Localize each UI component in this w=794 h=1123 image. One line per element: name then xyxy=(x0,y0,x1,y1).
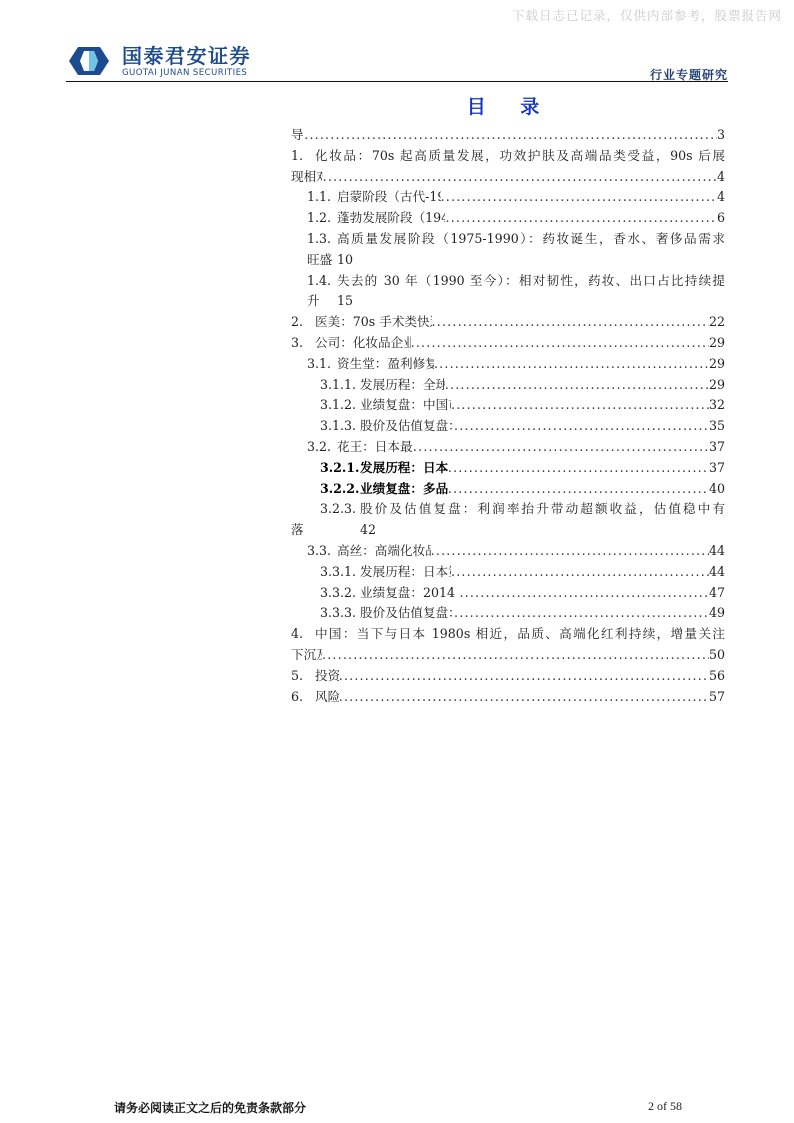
toc-entry-number: 4. xyxy=(291,624,315,645)
toc-entry-page: 35 xyxy=(709,416,725,437)
toc-entry[interactable]: 5. 投资建议 56 xyxy=(291,666,725,687)
toc-entry-page: 44 xyxy=(709,562,725,583)
toc-entry-number: 3. xyxy=(291,333,315,354)
toc-entry-number: 3.2.3. xyxy=(320,499,360,520)
toc-entry-page: 32 xyxy=(709,395,725,416)
toc-leader-dots xyxy=(411,333,709,354)
table-of-contents: 导读 3 1. 化妆品：70s 起高质量发展，功效护肤及高端品类受益，90s 后… xyxy=(291,125,725,707)
toc-entry[interactable]: 1.3. 高质量发展阶段（1975-1990）：药妆诞生，香水、奢侈品需求 xyxy=(291,229,725,250)
toc-entry[interactable]: 1.2. 蓬勃发展阶段（1945-1975）：护肤彩妆随经济同步腾飞 6 xyxy=(291,208,725,229)
toc-entry-text-cont: 落 xyxy=(291,520,360,541)
toc-entry-page: 49 xyxy=(709,603,725,624)
toc-leader-dots xyxy=(451,562,709,583)
toc-entry-number: 1.3. xyxy=(307,229,337,250)
toc-entry-page: 29 xyxy=(709,375,725,396)
toc-entry[interactable]: 3.2.3. 股价及估值复盘：利润率抬升带动超额收益，估值稳中有 xyxy=(291,499,725,520)
toc-entry-text-cont: 升 xyxy=(307,291,337,312)
toc-entry-text: 中国：当下与日本 1980s 相近，品质、高端化红利持续，增量关注 xyxy=(315,624,725,645)
toc-entry-number: 3.3.3. xyxy=(320,603,360,624)
toc-entry-page: 29 xyxy=(709,354,725,375)
toc-entry-number: 1.2. xyxy=(307,208,337,229)
toc-entry-number: 3.1. xyxy=(307,354,337,375)
toc-entry[interactable]: 1.4. 失去的 30 年（1990 至今）：相对韧性，药妆、出口占比持续提 xyxy=(291,271,725,292)
toc-entry[interactable]: 6. 风险提示 57 xyxy=(291,687,725,708)
toc-entry-text: 业绩复盘：2014 起高档化妆品驱动增长，盈利同步优化 xyxy=(360,583,459,604)
toc-entry[interactable]: 3.3.2. 业绩复盘：2014 起高档化妆品驱动增长，盈利同步优化 47 xyxy=(291,583,725,604)
toc-entry[interactable]: 1.1. 启蒙阶段（古代-1945）：西式化妆品普及与战时归零 4 xyxy=(291,187,725,208)
toc-entry-text-cont: 旺盛 xyxy=(307,250,337,271)
toc-entry-page: 10 xyxy=(337,250,353,271)
toc-entry-continuation[interactable]: 升 15 xyxy=(291,291,725,312)
logo-chinese-name: 国泰君安证券 xyxy=(122,45,251,67)
toc-leader-dots xyxy=(441,187,717,208)
toc-entry-page: 37 xyxy=(709,458,725,479)
toc-entry-page: 4 xyxy=(717,187,725,208)
toc-entry[interactable]: 3.3. 高丝：高端化妆品驱动，业绩及市场表现均亮眼 44 xyxy=(291,541,725,562)
toc-entry-text: 股价及估值复盘：利润率抬升带动超额收益，估值稳中有 xyxy=(360,499,725,520)
toc-entry[interactable]: 3.1. 资生堂：盈利修复中的化妆品龙头，估值溢价明显 29 xyxy=(291,354,725,375)
toc-leader-dots xyxy=(445,208,717,229)
toc-entry[interactable]: 1. 化妆品：70s 起高质量发展，功效护肤及高端品类受益，90s 后展 xyxy=(291,146,725,167)
toc-entry-continuation[interactable]: 下沉及出海 50 xyxy=(291,645,725,666)
toc-entry-page: 4 xyxy=(717,167,725,188)
toc-entry-text: 失去的 30 年（1990 至今）：相对韧性，药妆、出口占比持续提 xyxy=(337,271,725,292)
toc-leader-dots xyxy=(323,167,717,188)
toc-entry-page: 6 xyxy=(717,208,725,229)
logo-emblem-icon xyxy=(68,46,110,76)
toc-entry-number: 1.4. xyxy=(307,271,337,292)
toc-entry[interactable]: 3.2. 花王：日本最大日化集团，经营稳健 37 xyxy=(291,437,725,458)
toc-entry-text: 股价及估值复盘：改革驱动戴维斯双击，存估值溢价 xyxy=(360,416,454,437)
toc-leader-dots xyxy=(339,666,709,687)
toc-entry-number: 3.1.1. xyxy=(320,375,360,396)
disclaimer-note: 请务必阅读正文之后的免责条款部分 xyxy=(114,1099,306,1116)
toc-entry-text-cont: 下沉及出海 xyxy=(291,645,322,666)
toc-leader-dots xyxy=(459,583,709,604)
toc-leader-dots xyxy=(445,375,709,396)
toc-entry-text: 医美：70s 手术类快速发展，90s 技术驱动轻医美大受欢迎 xyxy=(315,312,432,333)
toc-entry-text: 蓬勃发展阶段（1945-1975）：护肤彩妆随经济同步腾飞 xyxy=(337,208,445,229)
toc-entry[interactable]: 3.3.1. 发展历程：日本第三大化妆品集团，高端品牌强势 44 xyxy=(291,562,725,583)
toc-leader-dots xyxy=(339,687,709,708)
toc-entry-text: 导读 xyxy=(291,125,304,146)
company-logo: 国泰君安证券 GUOTAI JUNAN SECURITIES xyxy=(68,44,251,78)
toc-entry[interactable]: 3.1.2. 业绩复盘：中国市场驱动增长，盈利能力有待优化 32 xyxy=(291,395,725,416)
toc-entry-page: 42 xyxy=(360,520,376,541)
toc-entry-page: 47 xyxy=(709,583,725,604)
toc-entry-text: 业绩复盘：多品类营收稳健增长，盈利能力较强 xyxy=(360,479,448,500)
toc-entry[interactable]: 3.2.1. 发展历程：日本本土最大日化集团，多品类覆盖 37 xyxy=(291,458,725,479)
toc-leader-dots xyxy=(431,541,709,562)
toc-leader-dots xyxy=(434,354,709,375)
toc-entry-text: 股价及估值复盘：业绩驱动超额收益，估值中枢抬升 xyxy=(360,603,454,624)
toc-entry-number: 1.1. xyxy=(307,187,337,208)
toc-entry-page: 56 xyxy=(709,666,725,687)
toc-leader-dots xyxy=(448,479,709,500)
toc-entry-text: 资生堂：盈利修复中的化妆品龙头，估值溢价明显 xyxy=(337,354,434,375)
toc-leader-dots xyxy=(413,437,709,458)
toc-entry-number: 5. xyxy=(291,666,315,687)
toc-entry-text: 投资建议 xyxy=(315,666,339,687)
toc-entry-number: 1. xyxy=(291,146,315,167)
toc-entry-page: 3 xyxy=(717,125,725,146)
toc-entry-page: 40 xyxy=(709,479,725,500)
toc-entry-page: 57 xyxy=(709,687,725,708)
toc-entry-text: 业绩复盘：中国市场驱动增长，盈利能力有待优化 xyxy=(360,395,451,416)
toc-leader-dots xyxy=(451,395,709,416)
toc-leader-dots xyxy=(454,416,709,437)
toc-entry[interactable]: 2. 医美：70s 手术类快速发展，90s 技术驱动轻医美大受欢迎 22 xyxy=(291,312,725,333)
toc-entry-number: 3.1.2. xyxy=(320,395,360,416)
toc-entry-text: 高丝：高端化妆品驱动，业绩及市场表现均亮眼 xyxy=(337,541,431,562)
toc-entry-number: 3.3. xyxy=(307,541,337,562)
toc-entry-text: 风险提示 xyxy=(315,687,339,708)
toc-entry-page: 15 xyxy=(337,291,353,312)
toc-entry-number: 3.2.1. xyxy=(320,458,360,479)
header-divider xyxy=(66,81,728,82)
toc-entry-number: 3.2. xyxy=(307,437,337,458)
toc-entry-page: 37 xyxy=(709,437,725,458)
toc-leader-dots xyxy=(322,645,709,666)
toc-entry[interactable]: 4. 中国：当下与日本 1980s 相近，品质、高端化红利持续，增量关注 xyxy=(291,624,725,645)
toc-entry-continuation[interactable]: 现相对韧性 4 xyxy=(291,167,725,188)
toc-entry-number: 2. xyxy=(291,312,315,333)
toc-entry[interactable]: 3.1.1. 发展历程：全球化妆品龙头，步入“光复”阶段 29 xyxy=(291,375,725,396)
toc-entry-text: 发展历程：全球化妆品龙头，步入“光复”阶段 xyxy=(360,375,445,396)
toc-entry[interactable]: 3.2.2. 业绩复盘：多品类营收稳健增长，盈利能力较强 40 xyxy=(291,479,725,500)
toc-entry-text: 发展历程：日本本土最大日化集团，多品类覆盖 xyxy=(360,458,448,479)
toc-entry-text: 启蒙阶段（古代-1945）：西式化妆品普及与战时归零 xyxy=(337,187,441,208)
toc-entry-number: 3.2.2. xyxy=(320,479,360,500)
toc-entry-text: 高质量发展阶段（1975-1990）：药妆诞生，香水、奢侈品需求 xyxy=(337,229,725,250)
toc-leader-dots xyxy=(432,312,709,333)
toc-entry-number: 3.3.1. xyxy=(320,562,360,583)
toc-entry-page: 22 xyxy=(709,312,725,333)
toc-entry-text: 化妆品：70s 起高质量发展，功效护肤及高端品类受益，90s 后展 xyxy=(315,146,725,167)
toc-entry[interactable]: 导读 3 xyxy=(291,125,725,146)
toc-entry-continuation[interactable]: 落 42 xyxy=(291,520,725,541)
toc-entry[interactable]: 3. 公司：化妆品企业超额收益明显、具估值溢价 29 xyxy=(291,333,725,354)
toc-entry[interactable]: 3.1.3. 股价及估值复盘：改革驱动戴维斯双击，存估值溢价 35 xyxy=(291,416,725,437)
toc-entry-number: 6. xyxy=(291,687,315,708)
toc-entry-continuation[interactable]: 旺盛 10 xyxy=(291,250,725,271)
toc-leader-dots xyxy=(304,125,717,146)
download-watermark: 下载日志已记录，仅供内部参考，股票报告网 xyxy=(512,6,782,24)
toc-leader-dots xyxy=(454,603,709,624)
toc-entry[interactable]: 3.3.3. 股价及估值复盘：业绩驱动超额收益，估值中枢抬升 49 xyxy=(291,603,725,624)
toc-title: 目 录 xyxy=(0,92,794,119)
toc-entry-number: 3.1.3. xyxy=(320,416,360,437)
toc-entry-page: 29 xyxy=(709,333,725,354)
toc-leader-dots xyxy=(448,458,709,479)
toc-entry-text: 花王：日本最大日化集团，经营稳健 xyxy=(337,437,413,458)
page-indicator: 2 of 58 xyxy=(648,1099,682,1114)
logo-english-name: GUOTAI JUNAN SECURITIES xyxy=(122,68,251,78)
toc-entry-text: 发展历程：日本第三大化妆品集团，高端品牌强势 xyxy=(360,562,451,583)
toc-entry-page: 50 xyxy=(709,645,725,666)
toc-entry-number: 3.3.2. xyxy=(320,583,360,604)
toc-entry-page: 44 xyxy=(709,541,725,562)
toc-entry-text-cont: 现相对韧性 xyxy=(291,167,323,188)
toc-entry-text: 公司：化妆品企业超额收益明显、具估值溢价 xyxy=(315,333,411,354)
